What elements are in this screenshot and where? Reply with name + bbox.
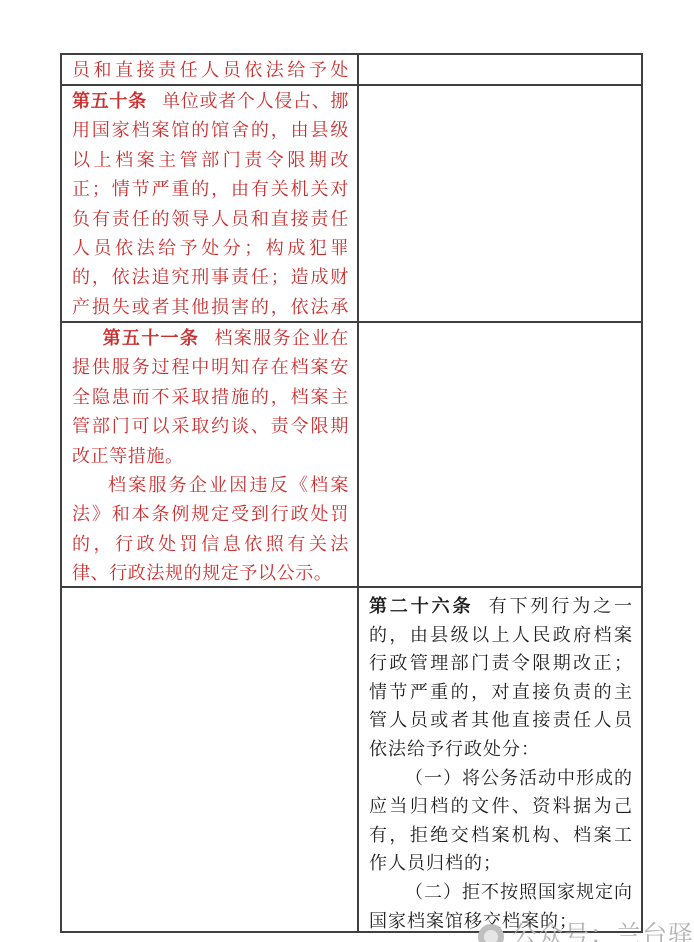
article-51-paragraph-2: 档案服务企业因违反《档案法》和本条例规定受到行政处罚的，行政处罚信息依照有关法律… [72,471,349,588]
cell-row3-left: 第五十一条档案服务企业在提供服务过程中明知存在档案安全隐患而不采取措施的，档案主… [62,323,359,588]
article-26-item-1: （一）将公务活动中形成的应当归档的文件、资料据为己有，拒绝交档案机构、档案工作人… [369,764,633,878]
cell-row3-right-empty [359,323,641,588]
watermark: 公众号：兰台驿站 [478,920,694,942]
cell-row2-right-empty [359,86,641,323]
article-50-paragraph: 第五十条单位或者个人侵占、挪用国家档案馆的馆舍的，由县级以上档案主管部门责令限期… [72,87,349,323]
cell-row4-right: 第二十六条有下列行为之一的，由县级以上人民政府档案行政管理部门责令限期改正；情节… [359,588,641,931]
cell-row1-right-empty [359,55,641,86]
article-50-text: 单位或者个人侵占、挪用国家档案馆的馆舍的，由县级以上档案主管部门责令限期改正；情… [72,91,349,323]
article-26-paragraph-1: 第二十六条有下列行为之一的，由县级以上人民政府档案行政管理部门责令限期改正；情节… [369,592,633,764]
article-26-text: 有下列行为之一的，由县级以上人民政府档案行政管理部门责令限期改正；情节严重的，对… [369,596,633,759]
cell-row1-left: 员和直接责任人员依法给予处分。 [62,55,359,86]
cell-row4-left-empty [62,588,359,931]
cell-row2-left: 第五十条单位或者个人侵占、挪用国家档案馆的馆舍的，由县级以上档案主管部门责令限期… [62,86,359,323]
article-51-number: 第五十一条 [103,328,200,348]
article-continuation-text: 员和直接责任人员依法给予处分。 [72,56,349,86]
article-26-number: 第二十六条 [369,596,473,616]
article-51-paragraph-1: 第五十一条档案服务企业在提供服务过程中明知存在档案安全隐患而不采取措施的，档案主… [72,324,349,471]
law-comparison-table: 员和直接责任人员依法给予处分。 第五十条单位或者个人侵占、挪用国家档案馆的馆舍的… [60,53,643,933]
watermark-text: 公众号：兰台驿站 [512,920,694,942]
article-50-number: 第五十条 [72,91,147,111]
document-page: 员和直接责任人员依法给予处分。 第五十条单位或者个人侵占、挪用国家档案馆的馆舍的… [0,0,694,942]
watermark-logo-icon [478,924,504,942]
article-51-text: 档案服务企业在提供服务过程中明知存在档案安全隐患而不采取措施的，档案主管部门可以… [72,328,349,466]
